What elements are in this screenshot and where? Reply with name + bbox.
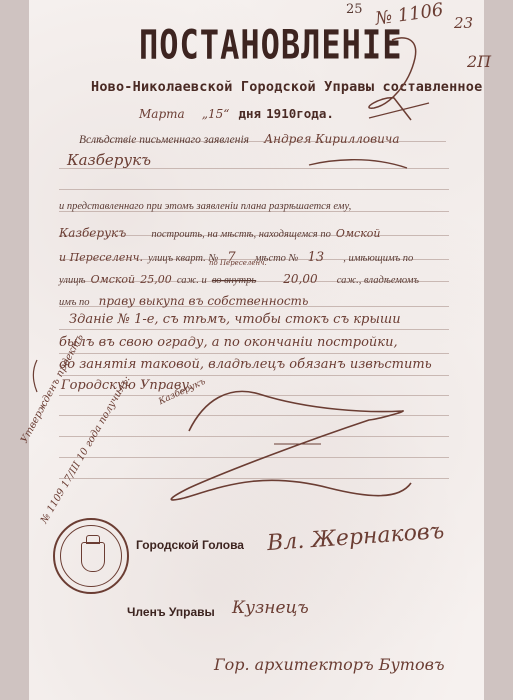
document-page: 25 № 1106 23 2П ПОСТАНОВЛЕНІЕ Ново-Никол… [29,0,484,700]
crown-icon [86,535,100,544]
member-signature: Кузнецъ [232,598,309,618]
member-label: Членъ Управы [127,605,215,619]
city-seal-stamp [53,518,129,594]
mayor-label: Городской Голова [136,538,244,552]
z-strike-mark-icon [29,0,484,700]
coat-of-arms-icon [81,542,105,572]
architect-signature: Гор. архитекторъ Бутовъ [214,655,445,674]
